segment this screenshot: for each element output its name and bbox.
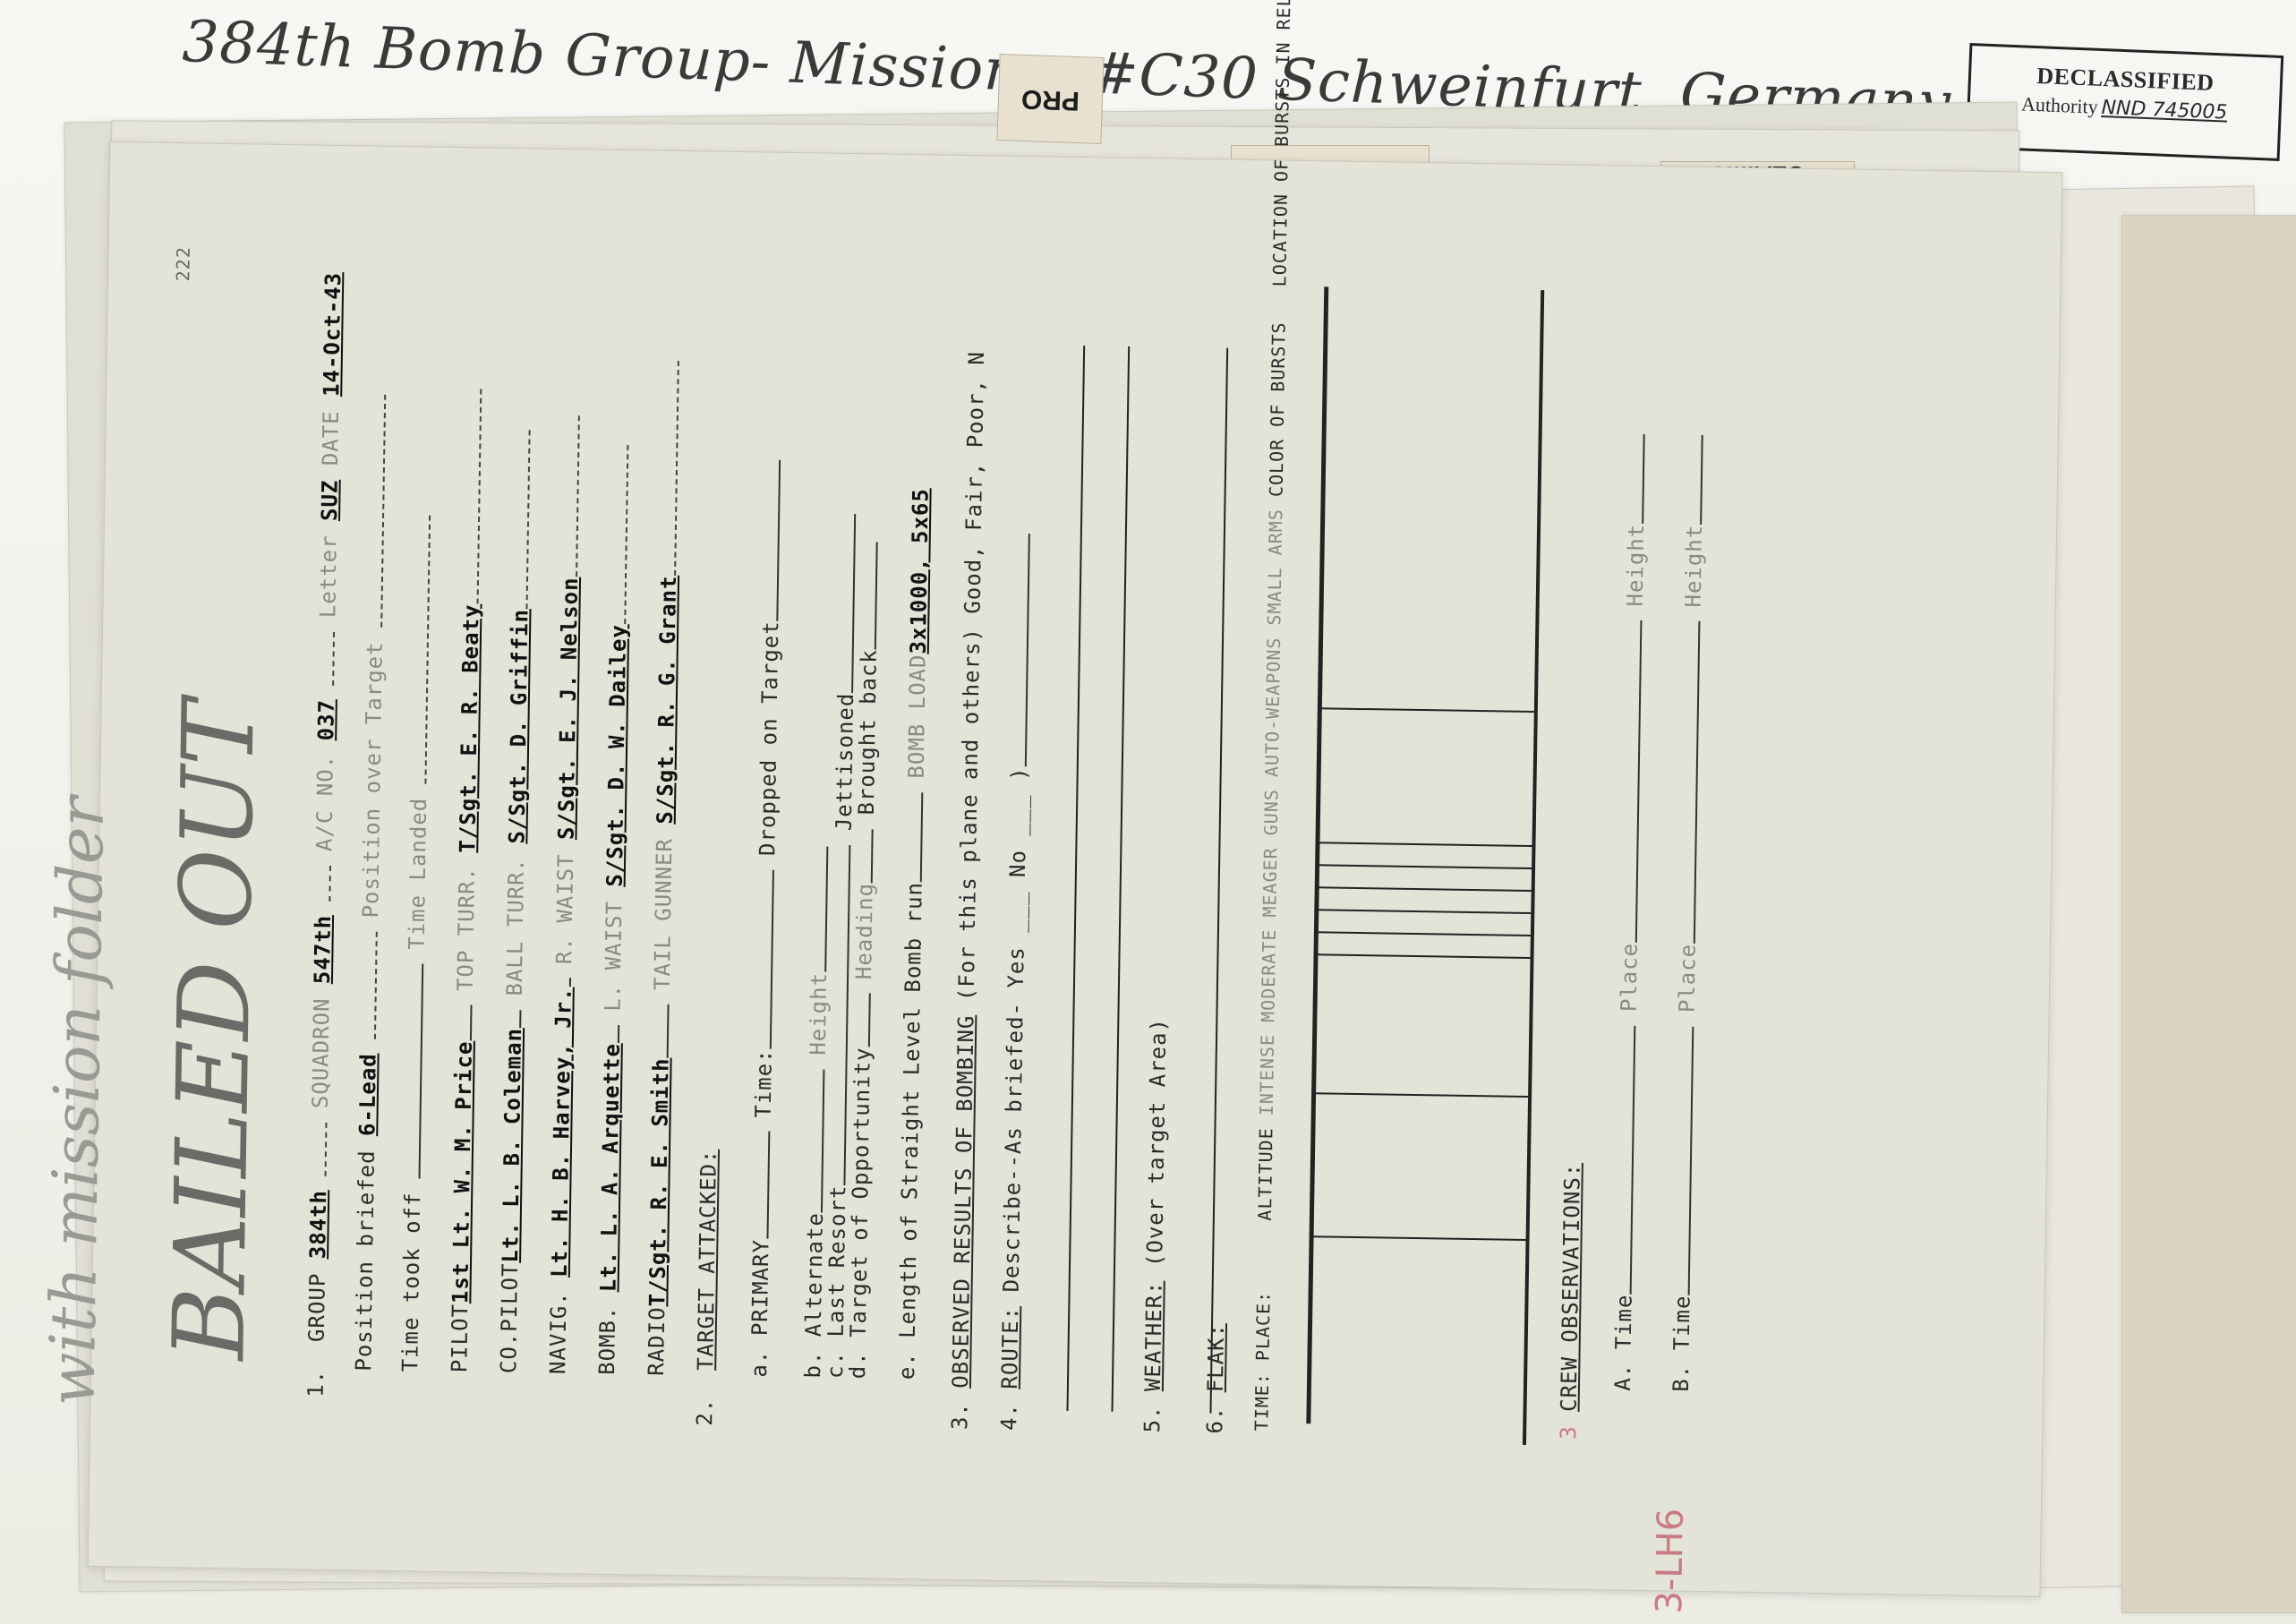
position-briefed-line: Position briefed 6-Lead Position over Ta… — [351, 395, 391, 1372]
authority-value: NND 745005 — [2101, 97, 2228, 124]
crew-bombardier-line: BOMB. Lt. L. A. Arquette L. WAIST S/Sgt.… — [594, 445, 634, 1375]
section1-group-line: 1. GROUP 384th SQUADRON 547th A/C NO. 03… — [303, 272, 346, 1397]
flak-col-divider — [1311, 1235, 1526, 1241]
section2-title: 2. TARGET ATTACKED: — [692, 1149, 721, 1425]
date-value: 14-Oct-43 — [319, 272, 346, 397]
tab-pro[interactable]: PRO — [996, 54, 1104, 144]
crew-observation-a: A. Time Place Height — [1610, 434, 1651, 1391]
section4-line: 4. ROUTE: Describe--As briefed- Yes ___ … — [996, 534, 1036, 1431]
page-number: 222 — [172, 246, 194, 281]
section3-line: 3. OBSERVED RESULTS OF BOMBING (For this… — [947, 351, 989, 1430]
section7-line: 3 CREW OBSERVATIONS: — [1556, 1163, 1585, 1440]
letter-value: SUZ — [317, 479, 343, 521]
flak-col-divider — [1317, 886, 1532, 892]
flak-col-divider — [1316, 931, 1531, 936]
flak-col-divider — [1317, 864, 1532, 869]
bailed-out-annotation: BAILED OUT — [151, 699, 277, 1360]
red-pencil-annotation: 3-LH6 — [1649, 1508, 1692, 1613]
position-briefed-value: 6-Lead — [354, 1053, 380, 1136]
time-took-off-line: Time took off Time Landed — [397, 515, 436, 1372]
flak-col-divider — [1313, 1092, 1528, 1098]
margin-pencil-note: with mission folder — [35, 797, 118, 1407]
flak-col-divider — [1317, 842, 1532, 847]
section6-line: 6. FLAK: — [1202, 1323, 1229, 1434]
weather-answer-line — [1209, 348, 1228, 1414]
authority-label: Authority — [2021, 92, 2098, 117]
flak-table-header: TIME: PLACE: ALTITUDE INTENSE MODERATE M… — [1250, 0, 1298, 1432]
crew-observation-b: B. Time Place Height — [1669, 435, 1709, 1392]
aircraft-value: 037 — [313, 699, 339, 741]
bomb-load-value: 3x1000, 5x65 — [906, 488, 934, 654]
squadron-value: 547th — [310, 915, 336, 985]
flak-col-divider — [1316, 909, 1531, 914]
crew-radio-line: RADIOT/Sgt. R. E. Smith TAIL GUNNER S/Sg… — [644, 360, 685, 1376]
bomb-run-line: e. Length of Straight Level Bomb run BOM… — [894, 488, 934, 1380]
group-value: 384th — [305, 1190, 331, 1260]
crew-pilot-line: PILOT1st Lt. W. M. Price TOP TURR. T/Sgt… — [447, 389, 487, 1372]
mission-debrief-form: 222 with mission folder BAILED OUT 1. GR… — [88, 141, 2063, 1597]
flak-col-divider — [1319, 707, 1534, 713]
folder-edge — [2121, 215, 2296, 1613]
flak-col-divider — [1316, 953, 1531, 959]
flak-table-top-rule — [1306, 286, 1328, 1423]
section5-line: 5. WEATHER: (Over target Area) — [1139, 1018, 1171, 1433]
route-answer-line — [1111, 346, 1130, 1412]
route-answer-line — [1066, 346, 1085, 1411]
crew-navigator-line: NAVIG. Lt. H. B. Harvey, Jr. R. WAIST S/… — [545, 415, 585, 1374]
target-primary-line: a. PRIMARY Time: Dropped on Target — [747, 459, 786, 1378]
crew-copilot-line: CO.PILOTLt. L. B. Coleman BALL TURR. S/S… — [496, 430, 536, 1374]
